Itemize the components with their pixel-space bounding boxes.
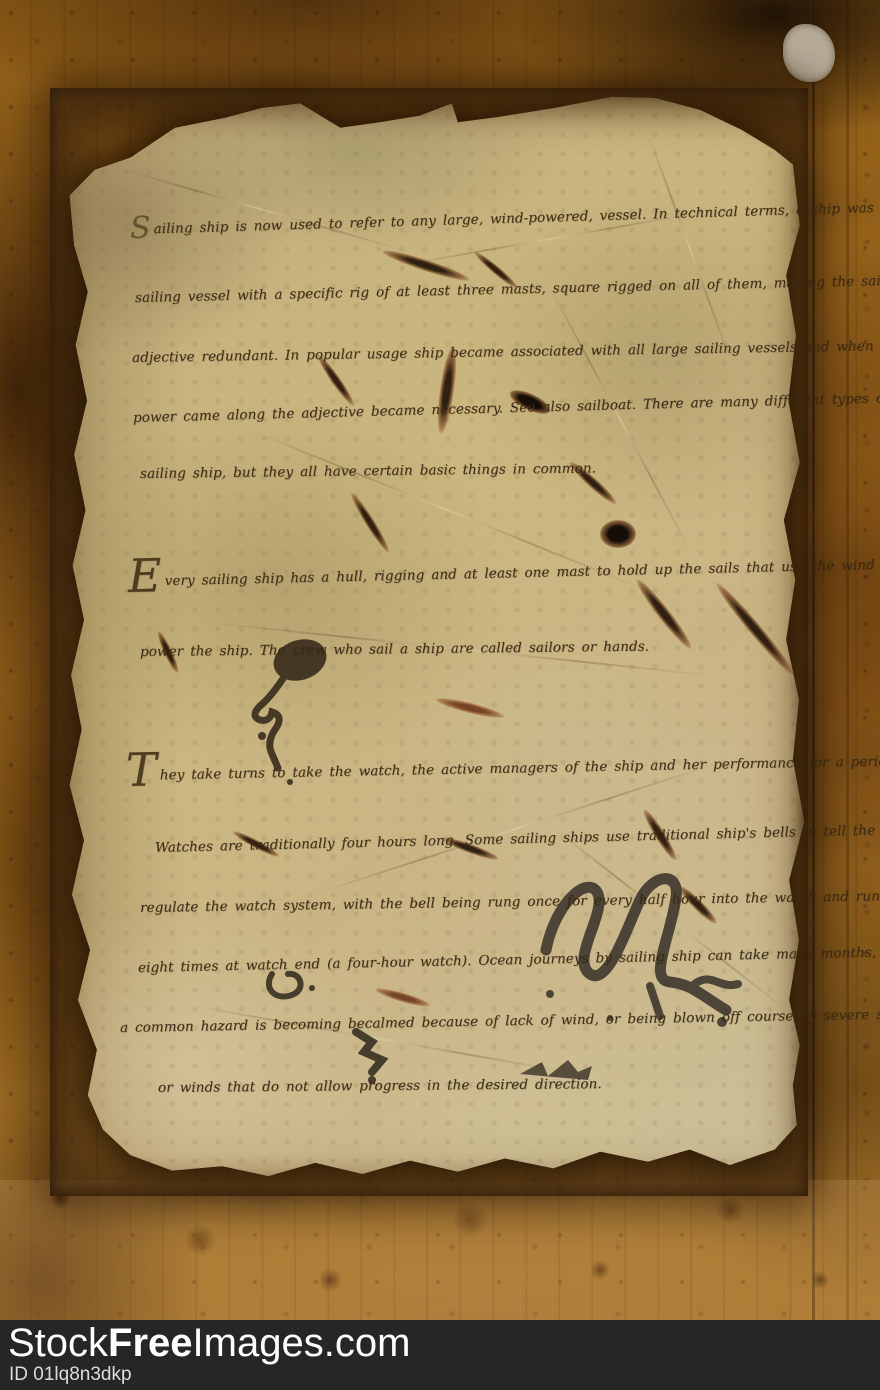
line-text: adjective redundant. In popular usage sh… <box>132 338 880 366</box>
line-text: sailing ship, but they all have certain … <box>140 460 596 482</box>
manuscript-line: regulate the watch system, with the bell… <box>140 888 880 916</box>
line-text: hey take turns to take the watch, the ac… <box>160 753 880 783</box>
line-text: Watches are traditionally four hours lon… <box>155 821 880 856</box>
drop-cap: T <box>126 769 157 770</box>
manuscript-line: adjective redundant. In popular usage sh… <box>132 338 880 366</box>
manuscript-line: sailing ship, but they all have certain … <box>140 460 596 482</box>
manuscript-line: sailing vessel with a specific rig of at… <box>135 272 880 306</box>
manuscript-line: They take turns to take the watch, the a… <box>126 753 880 784</box>
watermark-brand: StockFreeImages.com <box>8 1321 410 1366</box>
manuscript-line: power came along the adjective became ne… <box>133 390 880 426</box>
line-text: sailing vessel with a specific rig of at… <box>135 272 880 306</box>
stock-photo-canvas: Sailing ship is now used to refer to any… <box>0 0 880 1390</box>
manuscript-line: power the ship. The crew who sail a ship… <box>140 639 649 660</box>
line-text: ailing ship is now used to refer to any … <box>153 199 880 237</box>
manuscript-line: Sailing ship is now used to refer to any… <box>130 199 880 238</box>
manuscript-line: eight times at watch end (a four-hour wa… <box>138 944 880 976</box>
line-text: power came along the adjective became ne… <box>133 390 880 426</box>
manuscript-line: Every sailing ship has a hull, rigging a… <box>128 557 880 590</box>
manuscript-line: or winds that do not allow progress in t… <box>158 1076 602 1096</box>
brand-bold: Free <box>108 1321 193 1365</box>
wood-bottom-speckle-band <box>0 1180 880 1320</box>
line-text: regulate the watch system, with the bell… <box>140 888 880 916</box>
manuscript-line: a common hazard is becoming becalmed bec… <box>120 1006 880 1036</box>
line-text: a common hazard is becoming becalmed bec… <box>120 1006 880 1036</box>
manuscript-line: Watches are traditionally four hours lon… <box>155 821 880 856</box>
line-text: power the ship. The crew who sail a ship… <box>140 639 649 660</box>
drop-cap: E <box>128 575 162 576</box>
watermark-bar: StockFreeImages.com ID 01lq8n3dkp <box>0 1320 880 1390</box>
brand-prefix: Stock <box>8 1321 108 1365</box>
brand-suffix: Images.com <box>193 1321 411 1365</box>
line-text: eight times at watch end (a four-hour wa… <box>138 944 880 976</box>
drop-cap: S <box>130 228 151 229</box>
watermark-image-id: ID 01lq8n3dkp <box>9 1364 132 1386</box>
manuscript-text: Sailing ship is now used to refer to any… <box>50 88 808 1196</box>
line-text: or winds that do not allow progress in t… <box>158 1076 602 1096</box>
line-text: very sailing ship has a hull, rigging an… <box>164 557 880 590</box>
parchment-sheet: Sailing ship is now used to refer to any… <box>50 88 808 1196</box>
